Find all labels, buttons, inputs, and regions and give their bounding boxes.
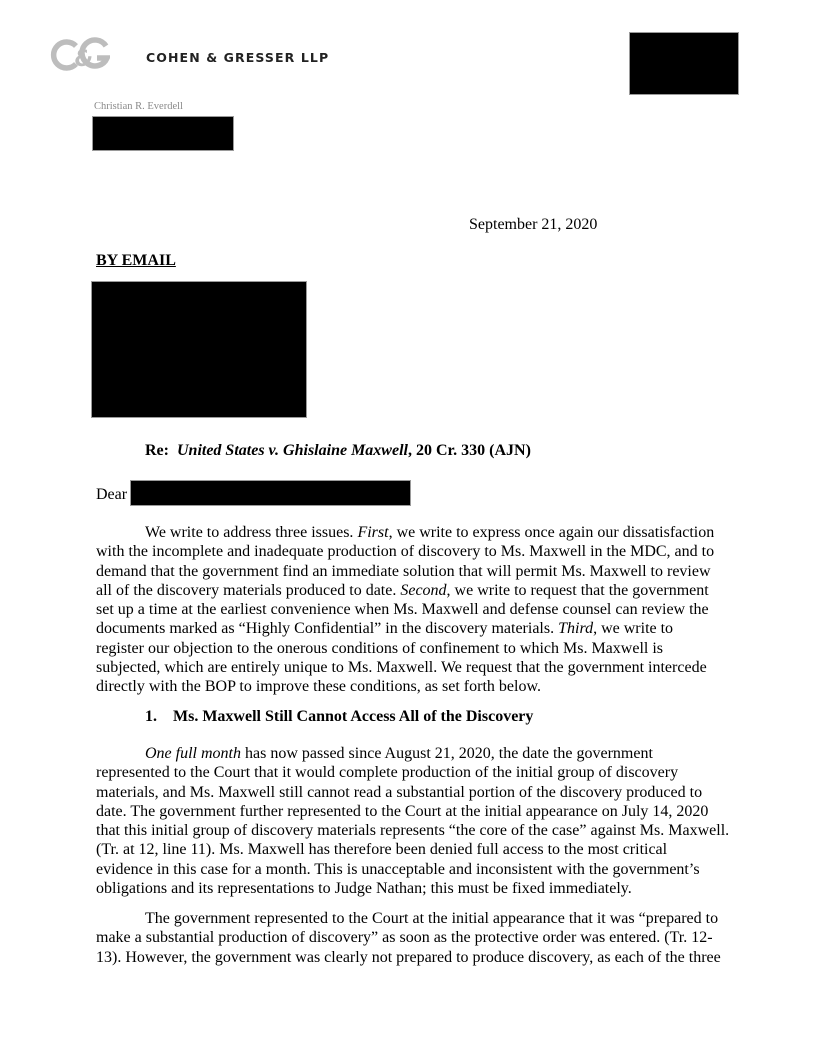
section-number: 1.	[145, 708, 169, 726]
redaction-block-contact	[92, 116, 234, 151]
text-line: (Tr. at 12, line 11). Ms. Maxwell has th…	[96, 840, 726, 859]
letter-date: September 21, 2020	[469, 216, 597, 234]
section-1-paragraph-2: The government represented to the Court …	[96, 909, 726, 967]
section-1-paragraph-1: One full month has now passed since Augu…	[96, 744, 726, 898]
text-line: evidence in this case for a month. This …	[96, 860, 726, 879]
firm-name: COHEN & GRESSER LLP	[146, 50, 329, 65]
text-line: date. The government further represented…	[96, 802, 726, 821]
redaction-block-header	[629, 32, 739, 95]
text-line: register our objection to the onerous co…	[96, 639, 726, 658]
intro-paragraph: We write to address three issues. First,…	[96, 523, 726, 697]
re-line: Re: United States v. Ghislaine Maxwell, …	[145, 442, 531, 460]
re-prefix: Re:	[145, 442, 169, 459]
firm-logo: &	[50, 37, 110, 73]
text-line: demand that the government find an immed…	[96, 562, 726, 581]
case-name: United States v. Ghislaine Maxwell	[177, 442, 408, 459]
text-line: The government represented to the Court …	[96, 909, 726, 928]
text-line: subjected, which are entirely unique to …	[96, 658, 726, 677]
svg-text:&: &	[74, 47, 93, 72]
text-line: obligations and its representations to J…	[96, 879, 726, 898]
section-heading: 1. Ms. Maxwell Still Cannot Access All o…	[145, 708, 533, 726]
text-line: set up a time at the earliest convenienc…	[96, 600, 726, 619]
text-line: We write to address three issues. First,…	[96, 523, 726, 542]
case-number: , 20 Cr. 330 (AJN)	[408, 442, 531, 459]
text-line: that this initial group of discovery mat…	[96, 821, 726, 840]
text-line: all of the discovery materials produced …	[96, 581, 726, 600]
text-line: with the incomplete and inadequate produ…	[96, 542, 726, 561]
cg-monogram-icon: &	[50, 37, 110, 73]
section-title: Ms. Maxwell Still Cannot Access All of t…	[173, 708, 533, 725]
text-line: One full month has now passed since Augu…	[96, 744, 726, 763]
author-name: Christian R. Everdell	[94, 101, 183, 112]
salutation: Dear	[96, 486, 127, 504]
redaction-block-recipient-address	[91, 281, 307, 418]
text-line: directly with the BOP to improve these c…	[96, 677, 726, 696]
text-line: 13). However, the government was clearly…	[96, 948, 726, 967]
delivery-method: BY EMAIL	[96, 252, 176, 270]
text-line: represented to the Court that it would c…	[96, 763, 726, 782]
redaction-block-recipient-name	[130, 480, 411, 506]
text-line: documents marked as “Highly Confidential…	[96, 619, 726, 638]
text-line: materials, and Ms. Maxwell still cannot …	[96, 783, 726, 802]
text-line: make a substantial production of discove…	[96, 928, 726, 947]
